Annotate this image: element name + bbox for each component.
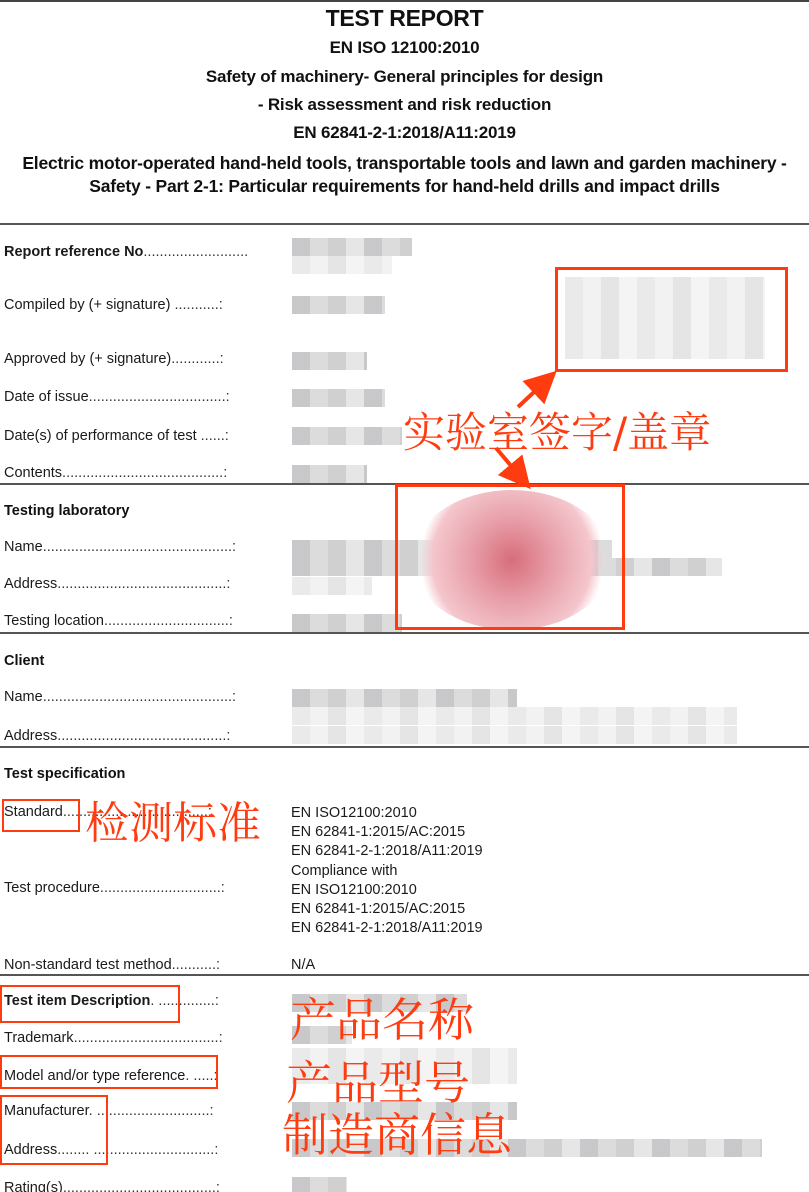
redacted-value: [292, 614, 402, 632]
field-label: Date(s) of performance of test: [4, 428, 201, 444]
leader-dots: ...........:: [172, 957, 220, 973]
field-contents: Contents................................…: [4, 465, 227, 481]
redacted-value: [292, 707, 737, 725]
field-testing-location: Testing location........................…: [4, 613, 233, 629]
standard-62841-desc: Electric motor-operated hand-held tools,…: [10, 152, 799, 198]
redacted-value: [292, 427, 402, 445]
highlight-standard-label: [2, 799, 80, 832]
field-client-name: Name....................................…: [4, 689, 236, 705]
annotation-product-name: 产品名称: [290, 984, 474, 1050]
standard-iso-desc-b: - Risk assessment and risk reduction: [0, 95, 809, 115]
highlight-stamp-box: [395, 484, 625, 630]
standard-62841: EN 62841-2-1:2018/A11:2019: [0, 123, 809, 143]
field-label: Address: [4, 728, 57, 744]
leader-dots: ........................................…: [57, 728, 230, 744]
leader-dots: ........................................…: [43, 539, 236, 555]
divider: [0, 974, 809, 976]
field-label: Non-standard test method: [4, 957, 172, 973]
field-label: Approved by (+ signature): [4, 351, 171, 367]
leader-dots: ............:: [171, 351, 223, 367]
field-label: Report reference No: [4, 244, 143, 260]
divider: [0, 632, 809, 634]
leader-dots: ........................................…: [57, 576, 230, 592]
report-title: TEST REPORT: [0, 5, 809, 32]
leader-dots: ..............................:: [100, 880, 225, 896]
field-trademark: Trademark...............................…: [4, 1030, 223, 1046]
leader-dots: ..........................: [143, 244, 248, 260]
redacted-value: [292, 256, 392, 274]
field-label: Test procedure: [4, 880, 100, 896]
field-non-standard-method: Non-standard test method...........:: [4, 957, 220, 973]
field-report-reference: Report reference No.....................…: [4, 244, 248, 260]
annotation-test-standard: 检测标准: [85, 787, 261, 851]
standard-iso-12100: EN ISO 12100:2010: [0, 38, 809, 58]
redacted-value: [292, 465, 367, 483]
test-procedure-values: Compliance with EN ISO12100:2010 EN 6284…: [291, 862, 483, 938]
field-lab-address: Address.................................…: [4, 576, 230, 592]
leader-dots: ..................................:: [89, 389, 230, 405]
redacted-value: [292, 726, 737, 744]
divider: [0, 223, 809, 225]
field-client-address: Address.................................…: [4, 728, 230, 744]
standard-iso-desc-a: Safety of machinery- General principles …: [0, 67, 809, 87]
field-label: Name: [4, 689, 43, 705]
field-label: Rating(s): [4, 1180, 63, 1192]
redacted-value: [292, 577, 372, 595]
field-approved-by: Approved by (+ signature)............:: [4, 351, 224, 367]
leader-dots: ....................................:: [74, 1030, 223, 1046]
procedure-value: EN 62841-1:2015/AC:2015: [291, 900, 483, 919]
non-standard-method-value: N/A: [291, 956, 315, 975]
field-test-procedure: Test procedure..........................…: [4, 880, 225, 896]
field-compiled-by: Compiled by (+ signature) ...........:: [4, 297, 223, 313]
field-label: Contents: [4, 465, 62, 481]
redacted-value: [292, 1177, 347, 1192]
section-title-test-specification: Test specification: [4, 766, 125, 782]
field-label: Trademark: [4, 1030, 74, 1046]
procedure-value: Compliance with: [291, 862, 483, 881]
leader-dots: ...............................:: [104, 613, 233, 629]
highlight-signature-box: [555, 267, 788, 372]
redacted-value: [292, 352, 367, 370]
procedure-value: EN 62841-2-1:2018/A11:2019: [291, 919, 483, 938]
divider: [0, 746, 809, 748]
field-date-of-issue: Date of issue...........................…: [4, 389, 230, 405]
leader-dots: ........................................…: [43, 689, 236, 705]
field-label: Testing location: [4, 613, 104, 629]
standard-value: EN 62841-1:2015/AC:2015: [291, 823, 483, 842]
redacted-value: [292, 389, 385, 407]
redacted-value: [292, 238, 412, 256]
standard-value: EN 62841-2-1:2018/A11:2019: [291, 842, 483, 861]
standard-value: EN ISO12100:2010: [291, 804, 483, 823]
field-label: Date of issue: [4, 389, 89, 405]
section-title-client: Client: [4, 653, 44, 669]
field-label: Name: [4, 539, 43, 555]
redacted-value: [292, 689, 517, 707]
field-dates-of-test: Date(s) of performance of test ......:: [4, 428, 229, 444]
field-ratings: Rating(s)...............................…: [4, 1180, 220, 1192]
highlight-model-reference: [0, 1055, 218, 1089]
highlight-test-item-description: [0, 985, 180, 1023]
redacted-value: [292, 296, 385, 314]
procedure-value: EN ISO12100:2010: [291, 881, 483, 900]
annotation-manufacturer-info: 制造商信息: [282, 1099, 512, 1165]
leader-dots: ......:: [201, 428, 229, 444]
section-title-testing-laboratory: Testing laboratory: [4, 503, 129, 519]
leader-dots: ...........:: [174, 297, 222, 313]
annotation-lab-signature: 实验室签字/盖章: [403, 400, 711, 460]
field-label: Address: [4, 576, 57, 592]
leader-dots: ......................................:: [63, 1180, 220, 1192]
field-label: Compiled by (+ signature): [4, 297, 174, 313]
field-lab-name: Name....................................…: [4, 539, 236, 555]
leader-dots: ........................................…: [62, 465, 227, 481]
standard-values: EN ISO12100:2010 EN 62841-1:2015/AC:2015…: [291, 804, 483, 861]
highlight-manufacturer: [0, 1095, 108, 1165]
